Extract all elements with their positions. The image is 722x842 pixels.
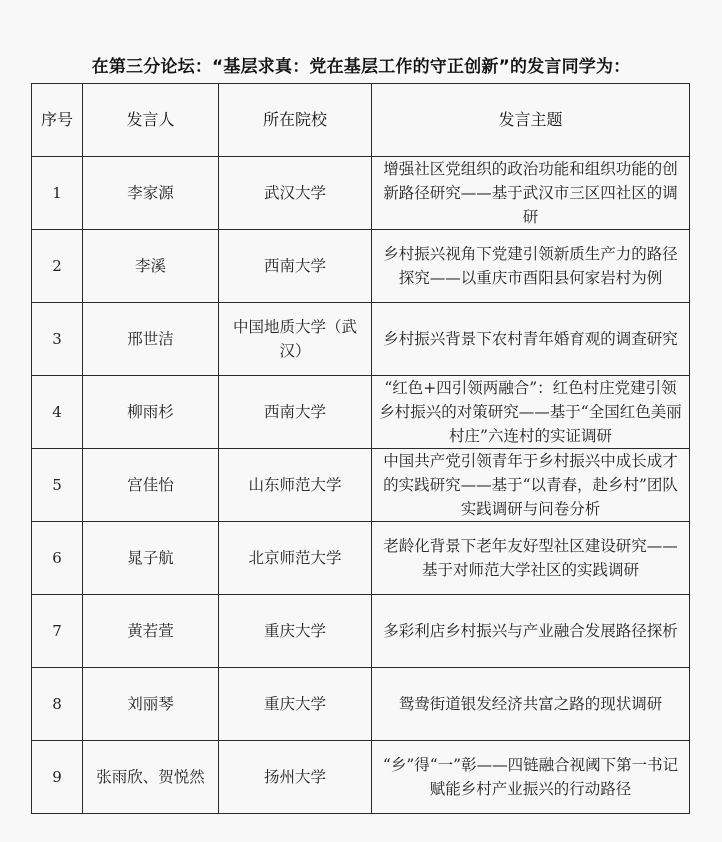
cell-school: 重庆大学	[219, 595, 372, 668]
header-school: 所在院校	[219, 84, 372, 157]
cell-speaker: 张雨欣、贺悦然	[83, 741, 219, 814]
table-header-row: 序号 发言人 所在院校 发言主题	[32, 84, 690, 157]
cell-school: 重庆大学	[219, 668, 372, 741]
cell-no: 3	[32, 303, 83, 376]
cell-topic: 鸳鸯街道银发经济共富之路的现状调研	[372, 668, 690, 741]
table-row: 8 刘丽琴 重庆大学 鸳鸯街道银发经济共富之路的现状调研	[32, 668, 690, 741]
cell-school: 中国地质大学（武汉）	[219, 303, 372, 376]
cell-speaker: 邢世洁	[83, 303, 219, 376]
cell-school: 西南大学	[219, 376, 372, 449]
table-row: 7 黄若萱 重庆大学 多彩利店乡村振兴与产业融合发展路径探析	[32, 595, 690, 668]
header-topic: 发言主题	[372, 84, 690, 157]
cell-topic: 多彩利店乡村振兴与产业融合发展路径探析	[372, 595, 690, 668]
cell-speaker: 刘丽琴	[83, 668, 219, 741]
cell-no: 5	[32, 449, 83, 522]
cell-speaker: 宫佳怡	[83, 449, 219, 522]
cell-speaker: 柳雨杉	[83, 376, 219, 449]
speakers-table: 序号 发言人 所在院校 发言主题 1 李家源 武汉大学 增强社区党组织的政治功能…	[31, 83, 690, 814]
cell-no: 2	[32, 230, 83, 303]
cell-school: 山东师范大学	[219, 449, 372, 522]
cell-topic: 中国共产党引领青年于乡村振兴中成长成才的实践研究——基于“以青春，赴乡村”团队实…	[372, 449, 690, 522]
table-row: 3 邢世洁 中国地质大学（武汉） 乡村振兴背景下农村青年婚育观的调查研究	[32, 303, 690, 376]
cell-no: 4	[32, 376, 83, 449]
cell-speaker: 晁子航	[83, 522, 219, 595]
page-title: 在第三分论坛：“基层求真：党在基层工作的守正创新”的发言同学为：	[0, 52, 722, 77]
table-row: 4 柳雨杉 西南大学 “红色+四引领两融合”：红色村庄党建引领乡村振兴的对策研究…	[32, 376, 690, 449]
cell-speaker: 李溪	[83, 230, 219, 303]
header-speaker: 发言人	[83, 84, 219, 157]
cell-school: 扬州大学	[219, 741, 372, 814]
cell-no: 6	[32, 522, 83, 595]
cell-school: 西南大学	[219, 230, 372, 303]
table-row: 9 张雨欣、贺悦然 扬州大学 “乡”得“一”彰——四链融合视阈下第一书记赋能乡村…	[32, 741, 690, 814]
table-row: 6 晁子航 北京师范大学 老龄化背景下老年友好型社区建设研究——基于对师范大学社…	[32, 522, 690, 595]
cell-school: 北京师范大学	[219, 522, 372, 595]
table-row: 1 李家源 武汉大学 增强社区党组织的政治功能和组织功能的创新路径研究——基于武…	[32, 157, 690, 230]
cell-no: 9	[32, 741, 83, 814]
cell-no: 8	[32, 668, 83, 741]
cell-topic: 乡村振兴背景下农村青年婚育观的调查研究	[372, 303, 690, 376]
cell-school: 武汉大学	[219, 157, 372, 230]
table-row: 5 宫佳怡 山东师范大学 中国共产党引领青年于乡村振兴中成长成才的实践研究——基…	[32, 449, 690, 522]
cell-topic: “乡”得“一”彰——四链融合视阈下第一书记赋能乡村产业振兴的行动路径	[372, 741, 690, 814]
cell-speaker: 黄若萱	[83, 595, 219, 668]
cell-topic: “红色+四引领两融合”：红色村庄党建引领乡村振兴的对策研究——基于“全国红色美丽…	[372, 376, 690, 449]
cell-no: 7	[32, 595, 83, 668]
cell-speaker: 李家源	[83, 157, 219, 230]
cell-topic: 增强社区党组织的政治功能和组织功能的创新路径研究——基于武汉市三区四社区的调研	[372, 157, 690, 230]
header-no: 序号	[32, 84, 83, 157]
cell-topic: 乡村振兴视角下党建引领新质生产力的路径探究——以重庆市酉阳县何家岩村为例	[372, 230, 690, 303]
table-row: 2 李溪 西南大学 乡村振兴视角下党建引领新质生产力的路径探究——以重庆市酉阳县…	[32, 230, 690, 303]
cell-topic: 老龄化背景下老年友好型社区建设研究——基于对师范大学社区的实践调研	[372, 522, 690, 595]
cell-no: 1	[32, 157, 83, 230]
